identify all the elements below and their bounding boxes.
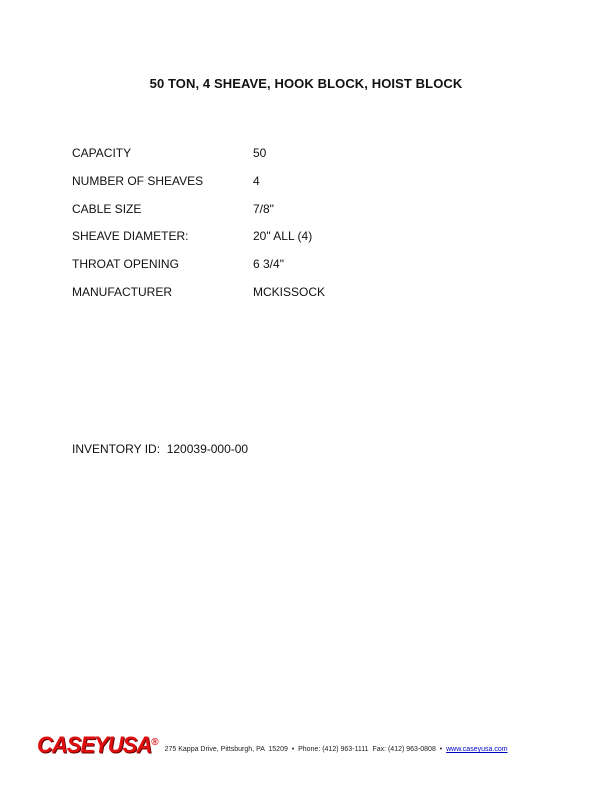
spec-label: THROAT OPENING	[72, 257, 253, 285]
website-link[interactable]: www.caseyusa.com	[446, 746, 507, 753]
inventory-label: INVENTORY ID:	[72, 442, 160, 456]
spec-label: NUMBER OF SHEAVES	[72, 174, 253, 202]
spec-value: 4	[253, 174, 260, 202]
spec-value: MCKISSOCK	[253, 285, 325, 313]
spec-table: CAPACITY 50 NUMBER OF SHEAVES 4 CABLE SI…	[72, 146, 325, 313]
spec-label: CABLE SIZE	[72, 202, 253, 230]
footer: CASEYUSA® 275 Kappa Drive, Pittsburgh, P…	[37, 733, 508, 757]
page-title: 50 TON, 4 SHEAVE, HOOK BLOCK, HOIST BLOC…	[0, 76, 612, 91]
registered-mark: ®	[151, 737, 158, 749]
spec-value: 20" ALL (4)	[253, 229, 312, 257]
footer-address: 275 Kappa Drive, Pittsburgh, PA 15209 • …	[165, 746, 508, 753]
inventory-id: INVENTORY ID: 120039-000-00	[72, 442, 248, 456]
spec-value: 6 3/4"	[253, 257, 284, 285]
inventory-value: 120039-000-00	[167, 442, 248, 456]
spec-row: NUMBER OF SHEAVES 4	[72, 174, 325, 202]
spec-value: 7/8"	[253, 202, 274, 230]
spec-row: MANUFACTURER MCKISSOCK	[72, 285, 325, 313]
spec-label: SHEAVE DIAMETER:	[72, 229, 253, 257]
spec-value: 50	[253, 146, 266, 174]
caseyusa-logo: CASEYUSA®	[37, 732, 159, 757]
spec-row: SHEAVE DIAMETER: 20" ALL (4)	[72, 229, 325, 257]
spec-row: CABLE SIZE 7/8"	[72, 202, 325, 230]
address-text: 275 Kappa Drive, Pittsburgh, PA 15209 • …	[165, 746, 446, 753]
logo-text: CASEYUSA	[37, 731, 151, 757]
spec-label: CAPACITY	[72, 146, 253, 174]
spec-row: CAPACITY 50	[72, 146, 325, 174]
spec-label: MANUFACTURER	[72, 285, 253, 313]
spec-row: THROAT OPENING 6 3/4"	[72, 257, 325, 285]
